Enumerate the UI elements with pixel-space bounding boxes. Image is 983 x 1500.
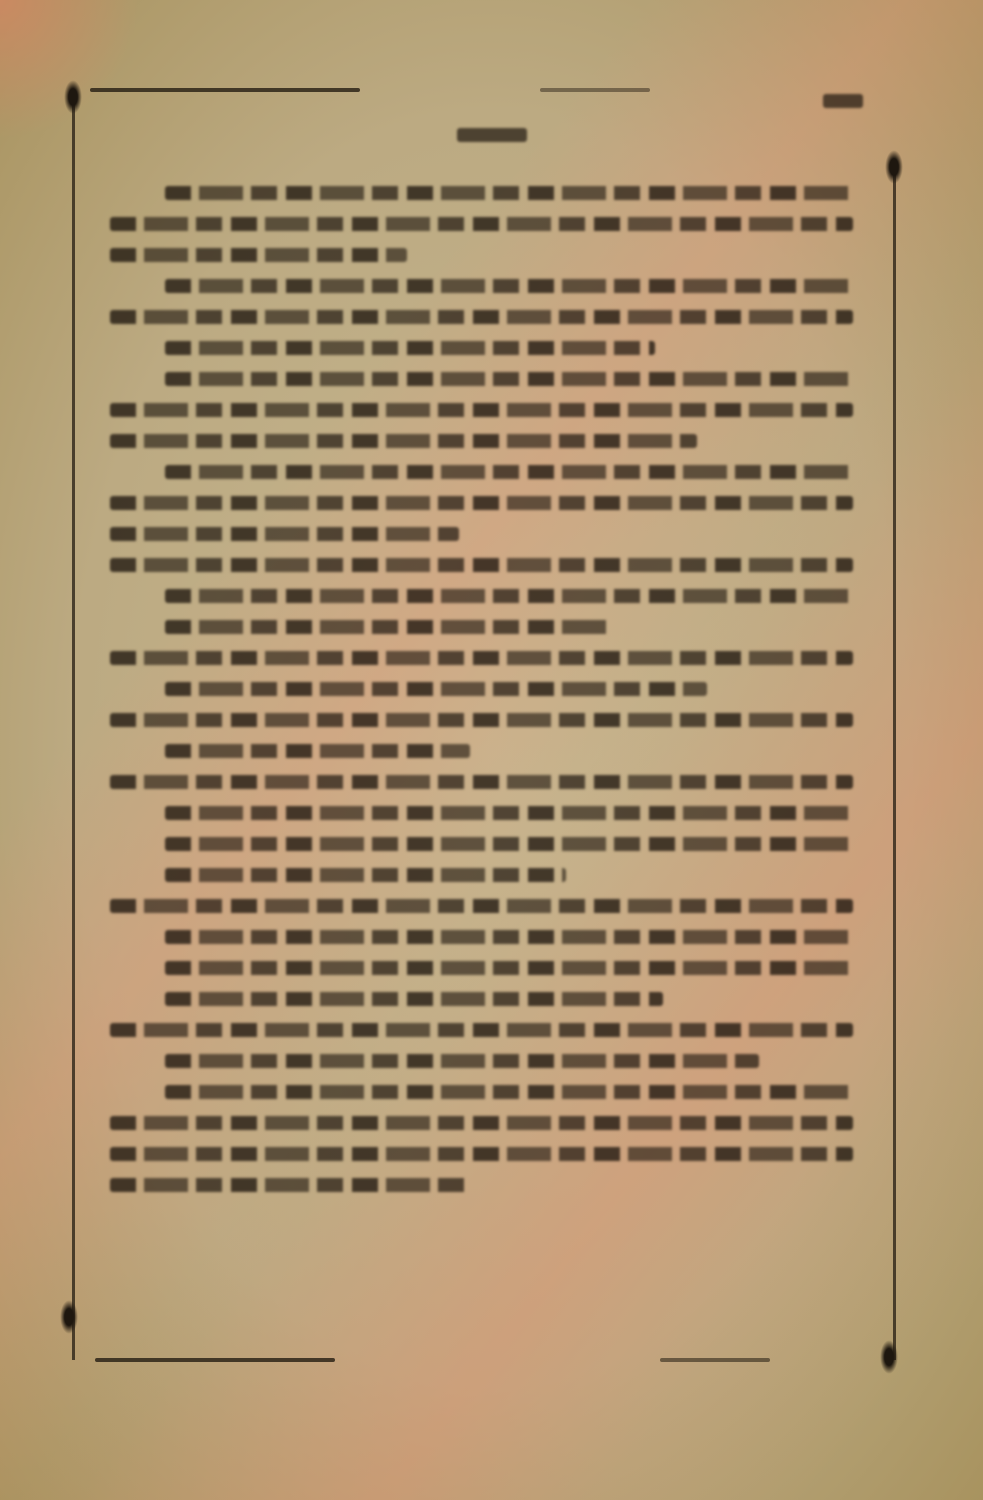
- text-line-illegible: [110, 434, 697, 448]
- paragraph: [illegible]: [110, 1085, 853, 1192]
- running-head: [illegible]: [0, 128, 983, 147]
- text-line-illegible: [110, 651, 853, 665]
- paragraph: [illegible]: [110, 713, 853, 758]
- corner-ornament-top-right: [885, 150, 903, 184]
- text-line-illegible: [165, 465, 853, 479]
- text-line-illegible: [110, 403, 853, 417]
- paragraph: [illegible]: [110, 186, 853, 262]
- text-line-illegible: [165, 961, 853, 975]
- body-text: [illegible][illegible][illegible][illegi…: [110, 175, 853, 1209]
- top-rule-left: [90, 88, 360, 92]
- text-line-illegible: [110, 1147, 853, 1161]
- text-line-illegible: [165, 837, 853, 851]
- text-line-illegible: [110, 899, 853, 913]
- paragraph: [illegible]: [110, 651, 853, 696]
- text-line-illegible: [165, 682, 707, 696]
- right-border: [893, 160, 896, 1360]
- text-line-illegible: [165, 744, 470, 758]
- text-line-illegible: [110, 713, 853, 727]
- corner-ornament-top-left: [64, 80, 82, 114]
- text-line-illegible: [110, 248, 407, 262]
- text-line-illegible: [110, 1178, 467, 1192]
- text-line-illegible: [110, 496, 853, 510]
- text-line-illegible: [165, 372, 853, 386]
- paragraph: [illegible]: [110, 465, 853, 541]
- left-border: [72, 95, 75, 1360]
- paragraph: [illegible]: [110, 310, 853, 355]
- text-line-illegible: [110, 1023, 853, 1037]
- text-line-illegible: [165, 868, 566, 882]
- top-rule-center: [540, 88, 650, 92]
- paragraph: [illegible]: [110, 775, 853, 882]
- text-line-illegible: [165, 930, 853, 944]
- text-line-illegible: [165, 589, 853, 603]
- text-line-illegible: [110, 558, 853, 572]
- paper-stain: [0, 0, 140, 140]
- page-number: [illegible]: [823, 88, 863, 114]
- paragraph: [illegible]: [110, 899, 853, 1006]
- text-line-illegible: [165, 279, 853, 293]
- text-line-illegible: [165, 620, 611, 634]
- paragraph: [illegible]: [110, 1023, 853, 1068]
- text-line-illegible: [110, 775, 853, 789]
- text-line-illegible: [165, 186, 853, 200]
- paragraph: [illegible]: [110, 558, 853, 634]
- text-line-illegible: [165, 1054, 759, 1068]
- text-line-illegible: [110, 217, 853, 231]
- paragraph: [illegible]: [110, 372, 853, 448]
- scanned-page: [illegible] [illegible] [illegible][ille…: [0, 0, 983, 1500]
- bottom-rule-right: [660, 1358, 770, 1362]
- text-line-illegible: [110, 310, 853, 324]
- text-line-illegible: [165, 1085, 853, 1099]
- bottom-rule-left: [95, 1358, 335, 1362]
- text-line-illegible: [110, 1116, 853, 1130]
- corner-ornament-bottom-right: [880, 1340, 898, 1374]
- text-line-illegible: [110, 527, 459, 541]
- text-line-illegible: [165, 341, 655, 355]
- paragraph: [illegible]: [110, 279, 853, 293]
- text-line-illegible: [165, 992, 663, 1006]
- corner-ornament-bottom-left: [60, 1300, 78, 1334]
- text-line-illegible: [165, 806, 853, 820]
